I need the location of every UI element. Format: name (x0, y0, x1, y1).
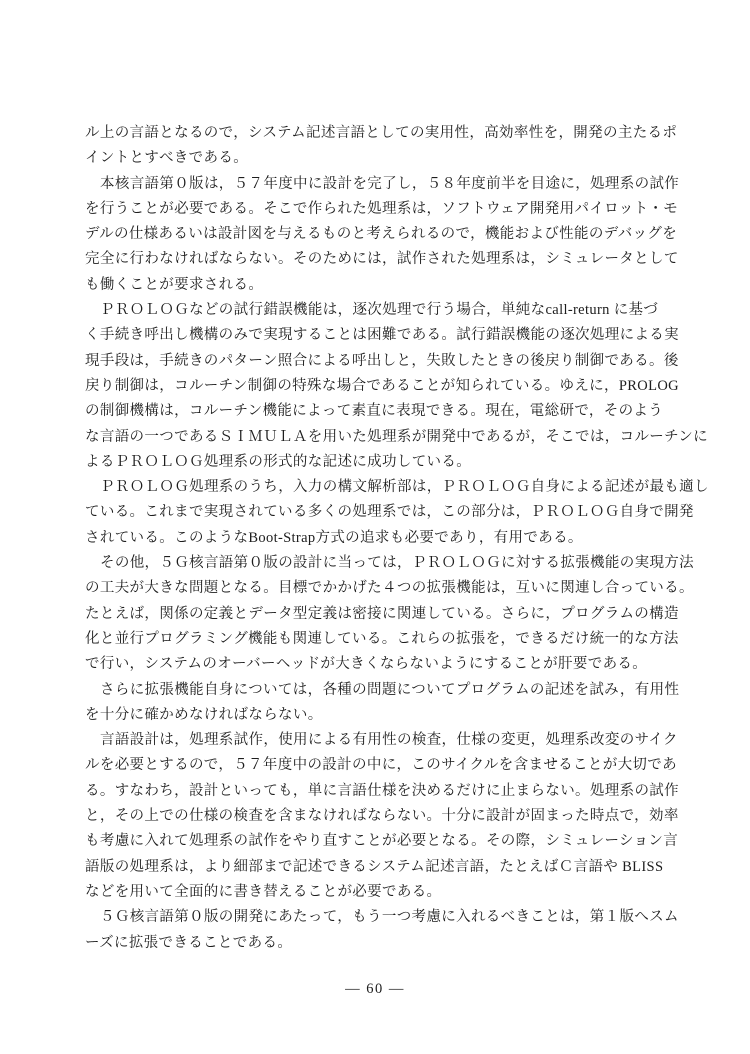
text-line: イントとすべきである。 (85, 146, 670, 171)
text-line: ＰＲＯＬＯＧ処理系のうち，入力の構文解析部は，ＰＲＯＬＯＧ自身による記述が最も適… (85, 475, 670, 500)
text-line: その他，５Ｇ核言語第０版の設計に当っては，ＰＲＯＬＯＧに対する拡張機能の実現方法 (85, 551, 670, 576)
text-line: 化と並行プログラミング機能も関連している。これらの拡張を，できるだけ統一的な方法 (85, 627, 670, 652)
text-line: ている。これまで実現されている多くの処理系では，この部分は，ＰＲＯＬＯＧ自身で開… (85, 500, 670, 525)
text-line: デルの仕様あるいは設計図を与えるものと考えられるので，機能および性能のデバッグを (85, 222, 670, 247)
text-line: ５Ｇ核言語第０版の開発にあたって，もう一つ考慮に入れるべきことは，第１版へスム (85, 905, 670, 930)
text-line: る。すなわち，設計といっても，単に言語仕様を決めるだけに止まらない。処理系の試作 (85, 779, 670, 804)
text-line: などを用いて全面的に書き替えることが必要である。 (85, 880, 670, 905)
text-line: 完全に行わなければならない。そのためには，試作された処理系は，シミュレータとして (85, 247, 670, 272)
text-line: 現手段は，手続きのパターン照合による呼出しと，失敗したときの後戻り制御である。後 (85, 349, 670, 374)
text-line: ＰＲＯＬＯＧなどの試行錯誤機能は，逐次処理で行う場合，単純なcall-retur… (85, 298, 670, 323)
text-line: たとえば，関係の定義とデータ型定義は密接に関連している。さらに，プログラムの構造 (85, 602, 670, 627)
page-number: — 60 — (345, 981, 405, 997)
text-line: く手続き呼出し機構のみで実現することは困難である。試行錯誤機能の逐次処理による実 (85, 323, 670, 348)
text-line: を十分に確かめなければならない。 (85, 703, 670, 728)
text-line: ーズに拡張できることである。 (85, 931, 670, 956)
text-line: 本核言語第０版は，５７年度中に設計を完了し，５８年度前半を目途に，処理系の試作 (85, 172, 670, 197)
text-line: ル上の言語となるので，システム記述言語としての実用性，高効率性を，開発の主たるポ (85, 121, 670, 146)
text-line: ルを必要とするので，５７年度中の設計の中に，このサイクルを含ませることが大切であ (85, 753, 670, 778)
text-line: も考慮に入れて処理系の試作をやり直すことが必要となる。その際，シミュレーション言 (85, 829, 670, 854)
text-line: の工夫が大きな問題となる。目標でかかげた４つの拡張機能は，互いに関連し合っている… (85, 576, 670, 601)
text-line: な言語の一つであるＳＩＭＵＬＡを用いた処理系が開発中であるが，そこでは，コルーチ… (85, 425, 670, 450)
text-line: よるＰＲＯＬＯＧ処理系の形式的な記述に成功している。 (85, 450, 670, 475)
text-line: さらに拡張機能自身については，各種の問題についてプログラムの記述を試み，有用性 (85, 678, 670, 703)
text-line: を行うことが必要である。そこで作られた処理系は，ソフトウェア開発用パイロット・モ (85, 197, 670, 222)
text-line: も働くことが要求される。 (85, 273, 670, 298)
text-line: 言語設計は，処理系試作，使用による有用性の検査，仕様の変更，処理系改変のサイク (85, 728, 670, 753)
text-line: で行い，システムのオーバーヘッドが大きくならないようにすることが肝要である。 (85, 652, 670, 677)
document-page: ル上の言語となるので，システム記述言語としての実用性，高効率性を，開発の主たるポ… (0, 0, 750, 1054)
body-text: ル上の言語となるので，システム記述言語としての実用性，高効率性を，開発の主たるポ… (85, 121, 670, 956)
text-line: 語版の処理系は，より細部まで記述できるシステム記述言語，たとえばＣ言語や BLI… (85, 855, 670, 880)
text-line: の制御機構は，コルーチン機能によって素直に表現できる。現在，電総研で，そのよう (85, 399, 670, 424)
text-line: 戻り制御は，コルーチン制御の特殊な場合であることが知られている。ゆえに，PROL… (85, 374, 670, 399)
text-line: されている。このようなBoot-Strap方式の追求も必要であり，有用である。 (85, 526, 670, 551)
text-line: と，その上での仕様の検査を含まなければならない。十分に設計が固まった時点で，効率 (85, 804, 670, 829)
page-footer: — 60 — (0, 981, 750, 998)
